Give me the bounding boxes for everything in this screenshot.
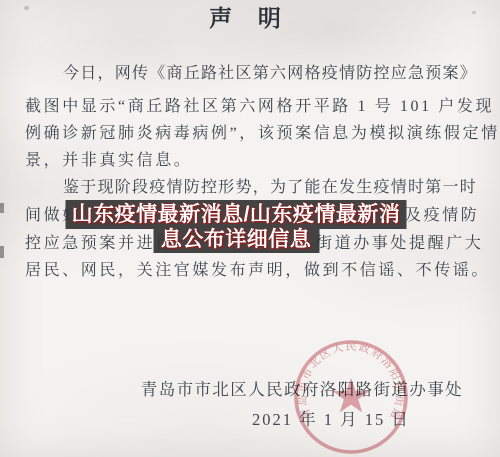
seal-ring-text: 青岛市市北区人民政府洛阳路街道办事处 — [291, 337, 407, 423]
photo-artifact — [472, 11, 476, 14]
banner-line-2: 息公布详细信息 — [153, 229, 319, 253]
photo-artifact — [0, 246, 4, 258]
body-line-fragment-right: 及疫情防 — [405, 202, 479, 224]
seal-star-icon — [333, 378, 369, 412]
statement-title: 声 明 — [0, 0, 500, 33]
seal-ring-text-holder: 青岛市市北区人民政府洛阳路街道办事处 — [291, 337, 407, 423]
body-line: 鉴于现阶段疫情防控形势，为了能在发生疫情时第一时 — [63, 174, 477, 196]
banner-line-1: 山东疫情最新消息/山东疫情最新消 — [66, 200, 407, 229]
body-line: 例确诊新冠肺炎病毒病例”，该预案信息为模拟演练假定情 — [25, 120, 477, 142]
photo-artifact — [24, 6, 29, 10]
body-line: 今日，网传《商丘路社区第六网格疫情防控应急预案》 — [63, 60, 477, 82]
body-line: 景，并非真实信息。 — [25, 147, 192, 169]
photo-artifact — [0, 203, 4, 213]
body-line: 截图中显示“商丘路社区第六网格开平路 1 号 101 户发现 1 — [25, 93, 477, 115]
official-seal: 青岛市市北区人民政府洛阳路街道办事处 — [291, 337, 411, 457]
overlay-caption-banner: 山东疫情最新消息/山东疫情最新消 息公布详细信息 — [66, 200, 407, 253]
body-line: 居民、网民，关注官媒发布声明，做到不信谣、不传谣。 — [25, 257, 477, 279]
document-photo: 声 明 今日，网传《商丘路社区第六网格疫情防控应急预案》 截图中显示“商丘路社区… — [0, 0, 500, 457]
